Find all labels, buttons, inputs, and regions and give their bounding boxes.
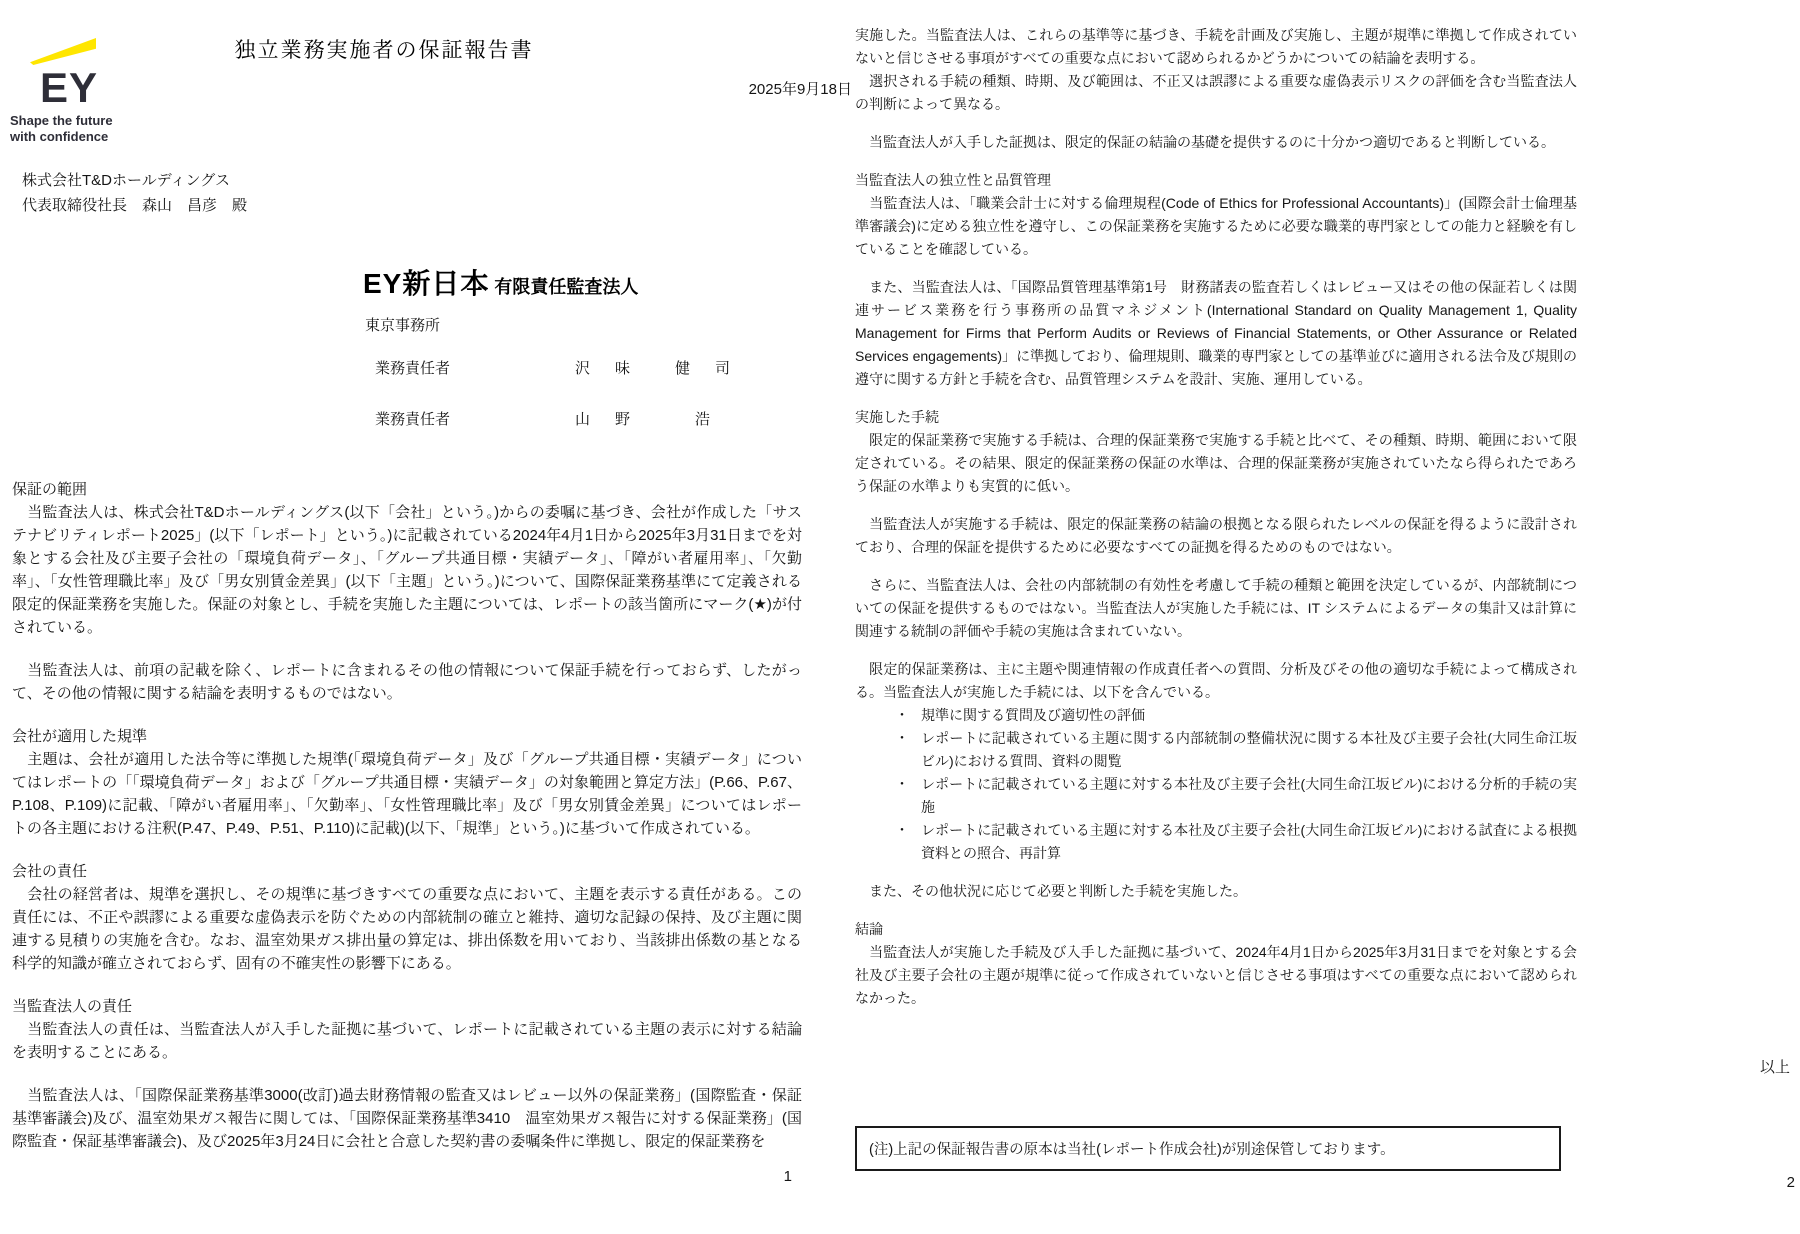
conclusion-paragraph: 当監査法人が実施した手続及び入手した証拠に基づいて、2024年4月1日から202… xyxy=(855,941,1577,1010)
bullet-item: 規準に関する質問及び適切性の評価 xyxy=(855,704,1577,727)
bullet-item: レポートに記載されている主題に関する内部統制の整備状況に関する本社及び主要子会社… xyxy=(855,727,1577,773)
procedures-paragraph-4: 限定的保証業務は、主に主題や関連情報の作成責任者への質問、分析及びその他の適切な… xyxy=(855,658,1577,704)
page-number-2: 2 xyxy=(855,1174,1795,1191)
procedures-paragraph-1: 限定的保証業務で実施する手続は、合理的保証業務で実施する手続と比べて、その種類、… xyxy=(855,429,1577,498)
ey-tagline: Shape the future with confidence xyxy=(10,113,138,144)
ey-tagline-line1: Shape the future xyxy=(10,113,113,128)
signer-row-1: 業務責任者 沢 味 健 司 xyxy=(375,357,783,381)
audit-firm-name-large: EY新日本 xyxy=(363,268,489,299)
bullet-item: レポートに記載されている主題に対する本社及び主要子会社(大同生命江坂ビル)におけ… xyxy=(855,819,1577,865)
signer-name: 山 野 浩 xyxy=(575,408,715,429)
audit-firm-name: EY新日本有限責任監査法人 xyxy=(363,262,783,302)
signer-role: 業務責任者 xyxy=(375,411,450,428)
signer-row-2: 業務責任者 山 野 浩 xyxy=(375,408,783,432)
audit-firm-block: EY新日本有限責任監査法人 東京事務所 業務責任者 沢 味 健 司 業務責任者 … xyxy=(363,262,783,432)
note-box: (注)上記の保証報告書の原本は当社(レポート作成会社)が別途保管しております。 xyxy=(855,1126,1561,1171)
addressee-company: 株式会社T&Dホールディングス xyxy=(22,168,247,193)
section-heading-auditor-responsibility: 当監査法人の責任 xyxy=(12,995,802,1018)
company-responsibility-paragraph: 会社の経営者は、規準を選択し、その規準に基づきすべての重要な点において、主題を表… xyxy=(12,883,802,975)
scope-paragraph-1: 当監査法人は、株式会社T&Dホールディングス(以下「会社」という。)からの委嘱に… xyxy=(12,501,802,639)
audit-firm-name-small: 有限責任監査法人 xyxy=(494,277,638,297)
section-heading-company-responsibility: 会社の責任 xyxy=(12,860,802,883)
report-page-2: 実施した。当監査法人は、これらの基準等に基づき、手続を計画及び実施し、主題が規準… xyxy=(855,24,1795,1234)
section-heading-scope: 保証の範囲 xyxy=(12,478,802,501)
report-page-1: EY Shape the future with confidence 独立業務… xyxy=(12,0,804,1234)
addressee-block: 株式会社T&Dホールディングス 代表取締役社長 森山 昌彦 殿 xyxy=(22,168,247,218)
report-date: 2025年9月18日 xyxy=(12,78,852,99)
signer-name: 沢 味 健 司 xyxy=(575,357,735,378)
independence-paragraph-2: また、当監査法人は、「国際品質管理基準第1号 財務諸表の監査若しくはレビュー又は… xyxy=(855,276,1577,391)
scope-paragraph-2: 当監査法人は、前項の記載を除く、レポートに含まれるその他の情報について保証手続を… xyxy=(12,659,802,705)
section-heading-independence: 当監査法人の独立性と品質管理 xyxy=(855,169,1577,192)
auditor-responsibility-paragraph-2: 当監査法人は、「国際保証業務基準3000(改訂)過去財務情報の監査又はレビュー以… xyxy=(12,1084,802,1153)
section-heading-conclusion: 結論 xyxy=(855,918,1577,941)
assurance-report-document: { "colors": { "ey_yellow": "#ffe600", "e… xyxy=(0,0,1800,1234)
section-heading-criteria: 会社が適用した規準 xyxy=(12,725,802,748)
procedures-bullet-list: 規準に関する質問及び適切性の評価 レポートに記載されている主題に関する内部統制の… xyxy=(855,704,1577,865)
note-text: (注)上記の保証報告書の原本は当社(レポート作成会社)が別途保管しております。 xyxy=(869,1142,1395,1158)
continuation-paragraph-1: 実施した。当監査法人は、これらの基準等に基づき、手続を計画及び実施し、主題が規準… xyxy=(855,24,1577,70)
ey-tagline-line2: with confidence xyxy=(10,129,108,144)
report-title: 独立業務実施者の保証報告書 xyxy=(12,34,756,64)
bullet-item: レポートに記載されている主題に対する本社及び主要子会社(大同生命江坂ビル)におけ… xyxy=(855,773,1577,819)
page2-body: 実施した。当監査法人は、これらの基準等に基づき、手続を計画及び実施し、主題が規準… xyxy=(855,24,1577,1010)
closing-mark: 以上 xyxy=(855,1056,1790,1077)
addressee-person: 代表取締役社長 森山 昌彦 殿 xyxy=(22,193,247,218)
auditor-responsibility-paragraph-1: 当監査法人の責任は、当監査法人が入手した証拠に基づいて、レポートに記載されている… xyxy=(12,1018,802,1064)
independence-paragraph-1: 当監査法人は、「職業会計士に対する倫理規程(Code of Ethics for… xyxy=(855,192,1577,261)
section-heading-procedures: 実施した手続 xyxy=(855,406,1577,429)
page1-body: 保証の範囲 当監査法人は、株式会社T&Dホールディングス(以下「会社」という。)… xyxy=(12,478,802,1153)
continuation-paragraph-3: 当監査法人が入手した証拠は、限定的保証の結論の基礎を提供するのに十分かつ適切であ… xyxy=(855,131,1577,154)
criteria-paragraph: 主題は、会社が適用した法令等に準拠した規準(「環境負荷データ」及び「グループ共通… xyxy=(12,748,802,840)
procedures-paragraph-3: さらに、当監査法人は、会社の内部統制の有効性を考慮して手続の種類と範囲を決定して… xyxy=(855,574,1577,643)
page-number-1: 1 xyxy=(12,1168,792,1185)
procedures-paragraph-5: また、その他状況に応じて必要と判断した手続を実施した。 xyxy=(855,880,1577,903)
signer-role: 業務責任者 xyxy=(375,360,450,377)
firm-office: 東京事務所 xyxy=(365,314,783,335)
continuation-paragraph-2: 選択される手続の種類、時期、及び範囲は、不正又は誤謬による重要な虚偽表示リスクの… xyxy=(855,70,1577,116)
procedures-paragraph-2: 当監査法人が実施する手続は、限定的保証業務の結論の根拠となる限られたレベルの保証… xyxy=(855,513,1577,559)
